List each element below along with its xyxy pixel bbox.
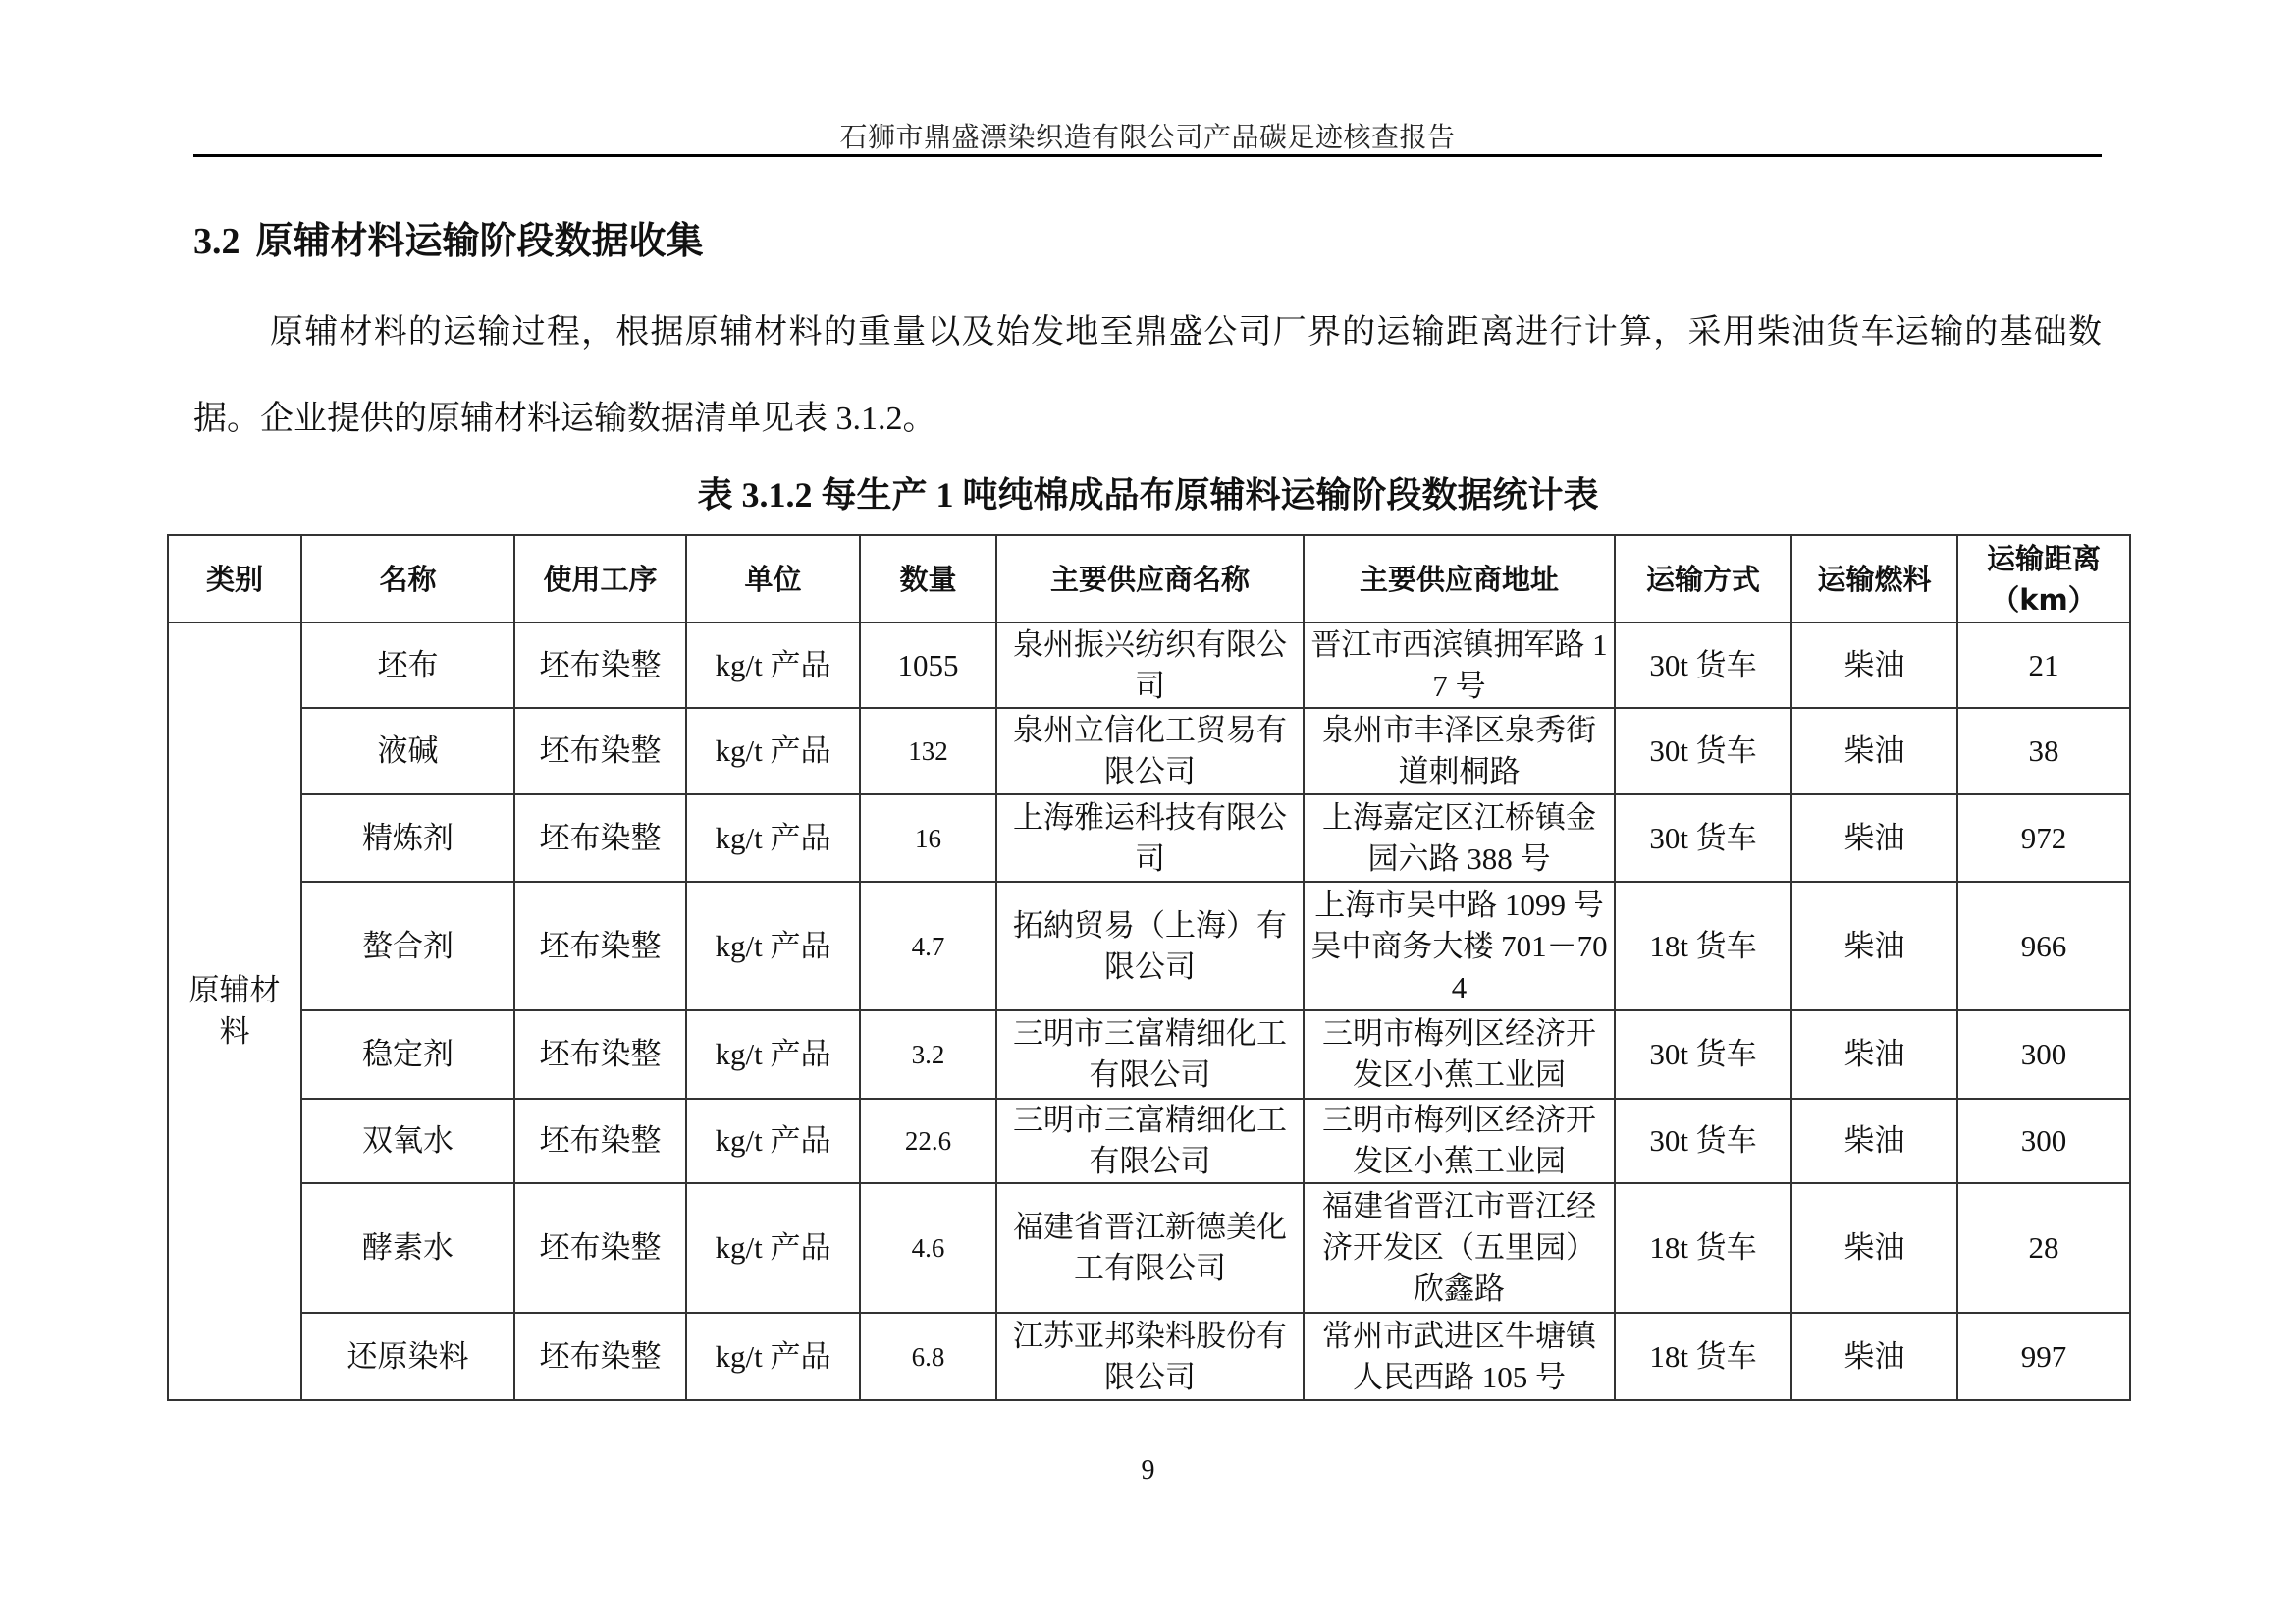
unit-cell: kg/t 产品 bbox=[686, 623, 860, 708]
address-cell: 三明市梅列区经济开发区小蕉工业园 bbox=[1304, 1010, 1615, 1099]
process-cell: 坯布染整 bbox=[514, 1313, 686, 1400]
header-address: 主要供应商地址 bbox=[1304, 535, 1615, 623]
material-name: 双氧水 bbox=[301, 1099, 514, 1183]
header-supplier: 主要供应商名称 bbox=[996, 535, 1304, 623]
unit-cell: kg/t 产品 bbox=[686, 1313, 860, 1400]
table-row: 螯合剂 坯布染整 kg/t 产品 4.7 拓納贸易（上海）有限公司 上海市吴中路… bbox=[168, 882, 2130, 1010]
material-name: 螯合剂 bbox=[301, 882, 514, 1010]
header-fuel: 运输燃料 bbox=[1791, 535, 1957, 623]
supplier-cell: 上海雅运科技有限公司 bbox=[996, 794, 1304, 882]
transport-cell: 30t 货车 bbox=[1615, 623, 1791, 708]
quantity-cell: 16 bbox=[860, 794, 996, 882]
material-name: 坯布 bbox=[301, 623, 514, 708]
header-name: 名称 bbox=[301, 535, 514, 623]
material-name: 酵素水 bbox=[301, 1183, 514, 1313]
supplier-cell: 福建省晋江新德美化工有限公司 bbox=[996, 1183, 1304, 1313]
header-transport: 运输方式 bbox=[1615, 535, 1791, 623]
section-title-text: 原辅材料运输阶段数据收集 bbox=[256, 221, 704, 262]
section-title: 3.2原辅材料运输阶段数据收集 bbox=[193, 210, 704, 264]
transport-cell: 18t 货车 bbox=[1615, 882, 1791, 1010]
table-row: 原辅材料 坯布 坯布染整 kg/t 产品 1055 泉州振兴纺织有限公司 晋江市… bbox=[168, 623, 2130, 708]
address-cell: 福建省晋江市晋江经济开发区（五里园）欣鑫路 bbox=[1304, 1183, 1615, 1313]
unit-cell: kg/t 产品 bbox=[686, 794, 860, 882]
table-row: 双氧水 坯布染整 kg/t 产品 22.6 三明市三富精细化工有限公司 三明市梅… bbox=[168, 1099, 2130, 1183]
address-cell: 上海市吴中路 1099 号吴中商务大楼 701－704 bbox=[1304, 882, 1615, 1010]
material-name: 精炼剂 bbox=[301, 794, 514, 882]
transport-cell: 30t 货车 bbox=[1615, 1099, 1791, 1183]
transport-cell: 30t 货车 bbox=[1615, 708, 1791, 794]
header-unit: 单位 bbox=[686, 535, 860, 623]
distance-cell: 21 bbox=[1957, 623, 2130, 708]
material-name: 还原染料 bbox=[301, 1313, 514, 1400]
material-name: 液碱 bbox=[301, 708, 514, 794]
quantity-cell: 1055 bbox=[860, 623, 996, 708]
quantity-cell: 4.6 bbox=[860, 1183, 996, 1313]
transport-cell: 30t 货车 bbox=[1615, 794, 1791, 882]
quantity-cell: 3.2 bbox=[860, 1010, 996, 1099]
distance-cell: 28 bbox=[1957, 1183, 2130, 1313]
process-cell: 坯布染整 bbox=[514, 623, 686, 708]
table-row: 还原染料 坯布染整 kg/t 产品 6.8 江苏亚邦染料股份有限公司 常州市武进… bbox=[168, 1313, 2130, 1400]
body-paragraph: 原辅材料的运输过程，根据原辅材料的重量以及始发地至鼎盛公司厂界的运输距离进行计算… bbox=[193, 290, 2102, 462]
table-header-row: 类别 名称 使用工序 单位 数量 主要供应商名称 主要供应商地址 运输方式 运输… bbox=[168, 535, 2130, 623]
process-cell: 坯布染整 bbox=[514, 882, 686, 1010]
distance-cell: 300 bbox=[1957, 1099, 2130, 1183]
header-distance: 运输距离（km） bbox=[1957, 535, 2130, 623]
fuel-cell: 柴油 bbox=[1791, 1313, 1957, 1400]
distance-cell: 997 bbox=[1957, 1313, 2130, 1400]
transport-cell: 18t 货车 bbox=[1615, 1183, 1791, 1313]
table-row: 液碱 坯布染整 kg/t 产品 132 泉州立信化工贸易有限公司 泉州市丰泽区泉… bbox=[168, 708, 2130, 794]
process-cell: 坯布染整 bbox=[514, 708, 686, 794]
page-number: 9 bbox=[0, 1455, 2296, 1487]
supplier-cell: 泉州振兴纺织有限公司 bbox=[996, 623, 1304, 708]
table-row: 精炼剂 坯布染整 kg/t 产品 16 上海雅运科技有限公司 上海嘉定区江桥镇金… bbox=[168, 794, 2130, 882]
address-cell: 泉州市丰泽区泉秀街道刺桐路 bbox=[1304, 708, 1615, 794]
transport-data-table: 类别 名称 使用工序 单位 数量 主要供应商名称 主要供应商地址 运输方式 运输… bbox=[167, 534, 2131, 1401]
fuel-cell: 柴油 bbox=[1791, 1099, 1957, 1183]
distance-cell: 300 bbox=[1957, 1010, 2130, 1099]
header-quantity: 数量 bbox=[860, 535, 996, 623]
supplier-cell: 三明市三富精细化工有限公司 bbox=[996, 1099, 1304, 1183]
supplier-cell: 拓納贸易（上海）有限公司 bbox=[996, 882, 1304, 1010]
material-name: 稳定剂 bbox=[301, 1010, 514, 1099]
table-caption: 表 3.1.2 每生产 1 吨纯棉成品布原辅料运输阶段数据统计表 bbox=[167, 467, 2129, 517]
process-cell: 坯布染整 bbox=[514, 1183, 686, 1313]
transport-cell: 18t 货车 bbox=[1615, 1313, 1791, 1400]
supplier-cell: 泉州立信化工贸易有限公司 bbox=[996, 708, 1304, 794]
fuel-cell: 柴油 bbox=[1791, 794, 1957, 882]
fuel-cell: 柴油 bbox=[1791, 1183, 1957, 1313]
address-cell: 上海嘉定区江桥镇金园六路 388 号 bbox=[1304, 794, 1615, 882]
fuel-cell: 柴油 bbox=[1791, 882, 1957, 1010]
unit-cell: kg/t 产品 bbox=[686, 1183, 860, 1313]
distance-cell: 966 bbox=[1957, 882, 2130, 1010]
supplier-cell: 江苏亚邦染料股份有限公司 bbox=[996, 1313, 1304, 1400]
fuel-cell: 柴油 bbox=[1791, 708, 1957, 794]
distance-cell: 38 bbox=[1957, 708, 2130, 794]
supplier-cell: 三明市三富精细化工有限公司 bbox=[996, 1010, 1304, 1099]
unit-cell: kg/t 产品 bbox=[686, 1099, 860, 1183]
address-cell: 晋江市西滨镇拥军路 17 号 bbox=[1304, 623, 1615, 708]
transport-cell: 30t 货车 bbox=[1615, 1010, 1791, 1099]
header-rule bbox=[193, 154, 2102, 157]
header-category: 类别 bbox=[168, 535, 301, 623]
table-row: 稳定剂 坯布染整 kg/t 产品 3.2 三明市三富精细化工有限公司 三明市梅列… bbox=[168, 1010, 2130, 1099]
fuel-cell: 柴油 bbox=[1791, 623, 1957, 708]
fuel-cell: 柴油 bbox=[1791, 1010, 1957, 1099]
quantity-cell: 4.7 bbox=[860, 882, 996, 1010]
table-row: 酵素水 坯布染整 kg/t 产品 4.6 福建省晋江新德美化工有限公司 福建省晋… bbox=[168, 1183, 2130, 1313]
quantity-cell: 22.6 bbox=[860, 1099, 996, 1183]
header-process: 使用工序 bbox=[514, 535, 686, 623]
unit-cell: kg/t 产品 bbox=[686, 882, 860, 1010]
distance-cell: 972 bbox=[1957, 794, 2130, 882]
address-cell: 常州市武进区牛塘镇人民西路 105 号 bbox=[1304, 1313, 1615, 1400]
address-cell: 三明市梅列区经济开发区小蕉工业园 bbox=[1304, 1099, 1615, 1183]
process-cell: 坯布染整 bbox=[514, 794, 686, 882]
unit-cell: kg/t 产品 bbox=[686, 1010, 860, 1099]
process-cell: 坯布染整 bbox=[514, 1010, 686, 1099]
unit-cell: kg/t 产品 bbox=[686, 708, 860, 794]
quantity-cell: 6.8 bbox=[860, 1313, 996, 1400]
section-number: 3.2 bbox=[193, 221, 240, 262]
running-head: 石狮市鼎盛漂染织造有限公司产品碳足迹核查报告 bbox=[193, 116, 2102, 155]
category-cell: 原辅材料 bbox=[168, 623, 301, 1400]
process-cell: 坯布染整 bbox=[514, 1099, 686, 1183]
quantity-cell: 132 bbox=[860, 708, 996, 794]
